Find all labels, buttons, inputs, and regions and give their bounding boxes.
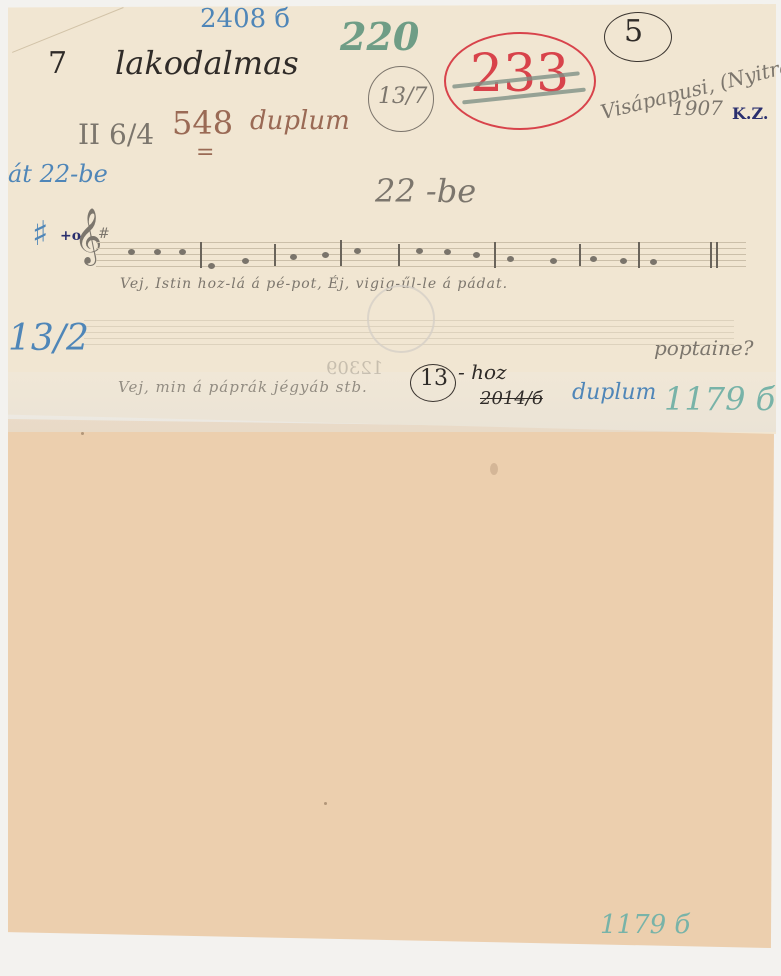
- paper-speck: [324, 802, 327, 805]
- corner-fold-line: [12, 7, 124, 53]
- question-note: poptaine?: [654, 336, 753, 360]
- side-fraction: 13/2: [8, 318, 89, 359]
- part-meter: II 6/4: [78, 118, 154, 151]
- genre-title: lakodalmas: [115, 44, 299, 82]
- duplum-blue: duplum: [572, 380, 656, 405]
- circled-suffix: - hoz: [458, 360, 507, 384]
- lower-sheet: 1179 б: [8, 418, 774, 948]
- circled-number-13: 13: [420, 366, 448, 391]
- equals-mark: =: [196, 140, 214, 165]
- upper-catalog-number: 1179 б: [664, 380, 775, 418]
- collector-initials: K.Z.: [732, 104, 768, 123]
- key-signature: #: [98, 226, 110, 242]
- lyrics-line-2: Vej, min á páprák jégyáb stb.: [118, 378, 368, 396]
- top-catalog-number: 2408 б: [200, 4, 290, 34]
- duplum-label: duplum: [250, 106, 350, 136]
- blue-scribble: ♯: [32, 214, 48, 254]
- struck-number: 2014/б: [480, 388, 543, 409]
- lower-catalog-number: 1179 б: [600, 910, 690, 940]
- lyrics-line-1: Vej, Istin hoz-lá á pé-pot, Éj, vigig-űl…: [120, 276, 508, 292]
- center-note: 22 -be: [375, 172, 476, 210]
- catalog-number: 548: [172, 104, 233, 142]
- paper-stain: [490, 463, 498, 475]
- circled-ref: 13/7: [378, 84, 427, 109]
- green-number: 220: [340, 14, 419, 59]
- transfer-note: át 22-be: [8, 160, 108, 188]
- year: 1907: [672, 96, 723, 120]
- item-number: 7: [48, 46, 67, 81]
- music-staff: [96, 242, 746, 272]
- library-stamp: [367, 285, 435, 353]
- paper-speck: [81, 432, 84, 435]
- mirrored-stamp-number: 12309: [326, 358, 383, 379]
- circled-top-right: 5: [624, 14, 643, 49]
